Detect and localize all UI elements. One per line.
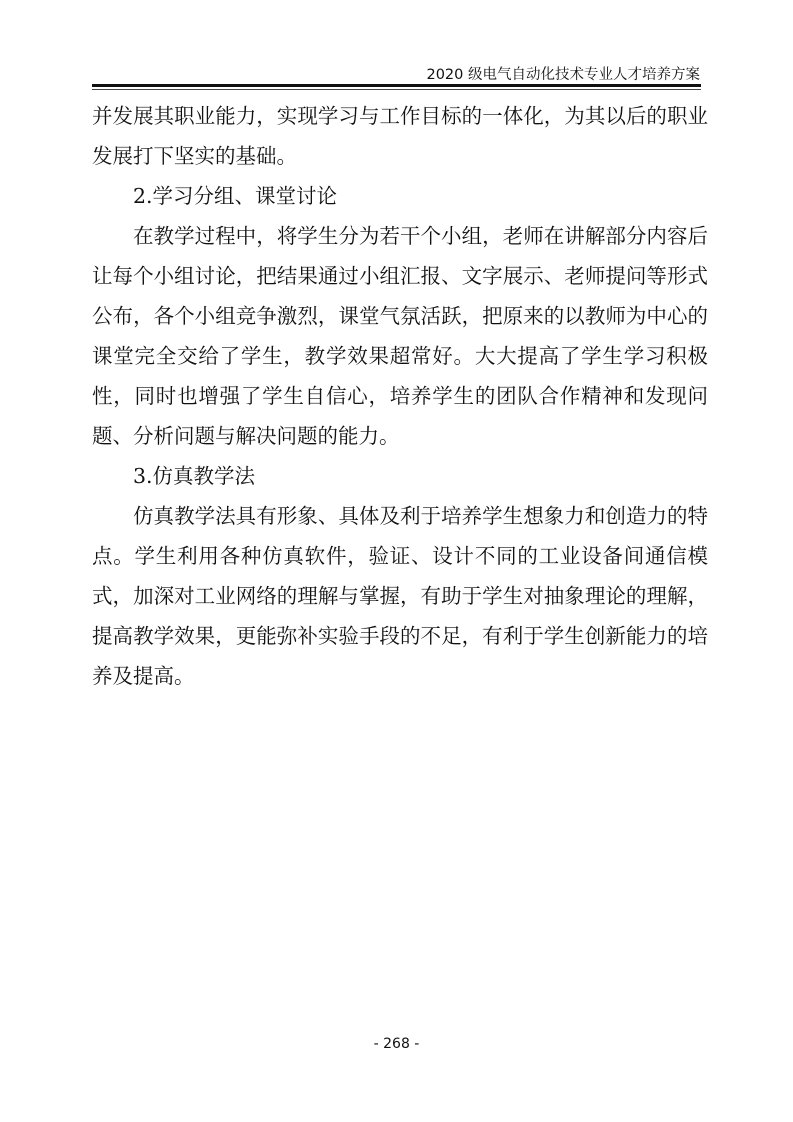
- paragraph-continuation: 并发展其职业能力，实现学习与工作目标的一体化，为其以后的职业发展打下坚实的基础。: [92, 96, 708, 176]
- header-rule-thick: [92, 84, 701, 87]
- paragraph-simulation-teaching: 仿真教学法具有形象、具体及利于培养学生想象力和创造力的特点。学生利用各种仿真软件…: [92, 496, 708, 696]
- section-heading-group-discussion: 2.学习分组、课堂讨论: [92, 176, 708, 216]
- section-heading-simulation-teaching: 3.仿真教学法: [92, 456, 708, 496]
- document-header-title: 2020 级电气自动化技术专业人才培养方案: [426, 63, 700, 84]
- page-number: - 268 -: [0, 1036, 793, 1052]
- paragraph-group-discussion: 在教学过程中，将学生分为若干个小组，老师在讲解部分内容后让每个小组讨论，把结果通…: [92, 216, 708, 456]
- document-body: 并发展其职业能力，实现学习与工作目标的一体化，为其以后的职业发展打下坚实的基础。…: [92, 96, 708, 696]
- header-rule-thin: [92, 89, 701, 90]
